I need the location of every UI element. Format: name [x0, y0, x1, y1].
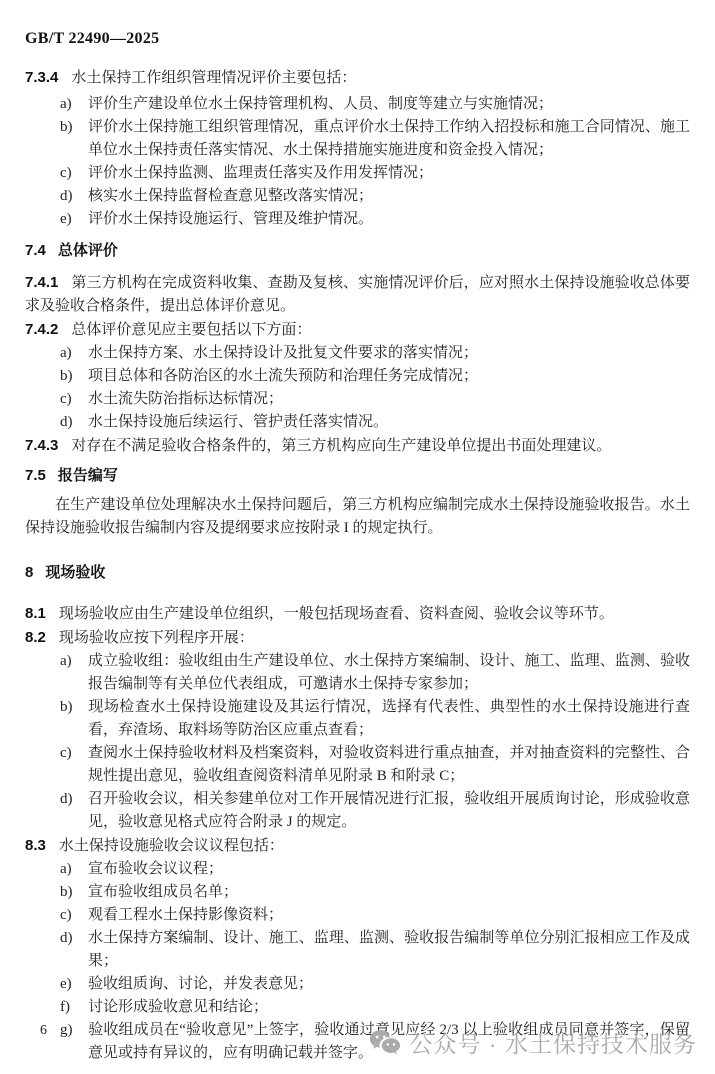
item-text: 现场检查水土保持设施建设及其运行情况，选择有代表性、典型性的水土保持设施进行查看…: [88, 699, 690, 738]
item-text: 评价水土保持监测、监理责任落实及作用发挥情况；: [88, 165, 433, 181]
clause-7-4-2: 7.4.2总体评价意见应主要包括以下方面：: [25, 318, 690, 342]
item-text: 评价水土保持设施运行、管理及维护情况。: [88, 211, 373, 227]
item-text: 核实水土保持监督检查意见整改落实情况；: [88, 188, 373, 204]
list-item: e)验收组质询、讨论，并发表意见；: [25, 973, 690, 996]
list-item: f)讨论形成验收意见和结论；: [25, 996, 690, 1019]
list-item: d)水土保持设施后续运行、管护责任落实情况。: [25, 411, 690, 434]
list-item: c)查阅水土保持验收材料及档案资料，对验收资料进行重点抽查，并对抽查资料的完整性…: [25, 742, 690, 788]
list-7-4-2: a)水土保持方案、水土保持设计及批复文件要求的落实情况； b)项目总体和各防治区…: [25, 342, 690, 434]
item-text: 讨论形成验收意见和结论；: [88, 999, 268, 1015]
list-item: b)宣布验收组成员名单；: [25, 881, 690, 904]
section-number: 7.4: [25, 242, 46, 259]
clause-number: 7.3.4: [25, 69, 58, 86]
list-8-2: a)成立验收组：验收组由生产建设单位、水土保持方案编制、设计、施工、监理、监测、…: [25, 650, 690, 834]
clause-7-3-4: 7.3.4水土保持工作组织管理情况评价主要包括：: [25, 66, 690, 90]
list-item: a)水土保持方案、水土保持设计及批复文件要求的落实情况；: [25, 342, 690, 365]
list-item: c)水土流失防治指标达标情况；: [25, 388, 690, 411]
item-text: 查阅水土保持验收材料及档案资料，对验收资料进行重点抽查，并对抽查资料的完整性、合…: [88, 745, 690, 784]
item-label: c): [60, 904, 88, 927]
item-label: b): [60, 696, 88, 719]
list-7-3-4: a)评价生产建设单位水土保持管理机构、人员、制度等建立与实施情况； b)评价水土…: [25, 93, 690, 231]
list-item: b)现场检查水土保持设施建设及其运行情况，选择有代表性、典型性的水土保持设施进行…: [25, 696, 690, 742]
list-item: b)评价水土保持施工组织管理情况，重点评价水土保持工作纳入招投标和施工合同情况、…: [25, 116, 690, 162]
item-label: b): [60, 116, 88, 139]
clause-text: 对存在不满足验收合格条件的，第三方机构应向生产建设单位提出书面处理建议。: [71, 438, 611, 454]
clause-7-4-1: 7.4.1第三方机构在完成资料收集、查勘及复核、实施情况评价后，应对照水土保持设…: [25, 271, 690, 318]
item-label: g): [60, 1019, 88, 1042]
list-item: d)召开验收会议，相关参建单位对工作开展情况进行汇报，验收组开展质询讨论，形成验…: [25, 788, 690, 834]
item-text: 宣布验收组成员名单；: [88, 884, 238, 900]
standard-number: GB/T 22490—2025: [25, 30, 690, 48]
watermark: 公众号 · 水土保持技术服务: [369, 1026, 697, 1059]
item-label: e): [60, 973, 88, 996]
clause-number: 7.4.3: [25, 437, 58, 454]
item-label: d): [60, 185, 88, 208]
item-label: a): [60, 858, 88, 881]
item-text: 水土保持设施后续运行、管护责任落实情况。: [88, 414, 388, 430]
clause-number: 8.2: [25, 629, 46, 646]
clause-8-2: 8.2现场验收应按下列程序开展：: [25, 626, 690, 650]
item-label: e): [60, 208, 88, 231]
clause-7-4-3: 7.4.3对存在不满足验收合格条件的，第三方机构应向生产建设单位提出书面处理建议…: [25, 434, 690, 458]
list-item: a)评价生产建设单位水土保持管理机构、人员、制度等建立与实施情况；: [25, 93, 690, 116]
item-text: 水土保持方案、水土保持设计及批复文件要求的落实情况；: [88, 345, 478, 361]
item-text: 项目总体和各防治区的水土流失预防和治理任务完成情况；: [88, 368, 478, 384]
paragraph-7-5: 在生产建设单位处理解决水土保持问题后，第三方机构应编制完成水土保持设施验收报告。…: [25, 494, 690, 540]
item-label: d): [60, 788, 88, 811]
section-number: 8: [25, 564, 33, 581]
clause-number: 8.1: [25, 605, 46, 622]
list-item: a)成立验收组：验收组由生产建设单位、水土保持方案编制、设计、施工、监理、监测、…: [25, 650, 690, 696]
clause-8-1: 8.1现场验收应由生产建设单位组织，一般包括现场查看、资料查阅、验收会议等环节。: [25, 602, 690, 626]
item-label: a): [60, 650, 88, 673]
item-label: a): [60, 342, 88, 365]
section-number: 7.5: [25, 467, 46, 484]
clause-number: 7.4.1: [25, 274, 58, 291]
item-text: 水土流失防治指标达标情况；: [88, 391, 283, 407]
section-heading-7-4: 7.4总体评价: [25, 239, 690, 262]
item-label: b): [60, 365, 88, 388]
clause-text: 现场验收应按下列程序开展：: [59, 630, 254, 646]
wechat-icon: [369, 1029, 401, 1056]
item-text: 召开验收会议，相关参建单位对工作开展情况进行汇报，验收组开展质询讨论，形成验收意…: [88, 791, 690, 830]
list-item: a)宣布验收会议议程；: [25, 858, 690, 881]
section-heading-8: 8现场验收: [25, 561, 690, 584]
list-item: b)项目总体和各防治区的水土流失预防和治理任务完成情况；: [25, 365, 690, 388]
document-page: GB/T 22490—2025 7.3.4水土保持工作组织管理情况评价主要包括：…: [0, 0, 715, 1065]
watermark-text: 公众号 · 水土保持技术服务: [410, 1026, 697, 1059]
section-title: 总体评价: [58, 242, 118, 259]
clause-number: 8.3: [25, 837, 46, 854]
item-text: 评价水土保持施工组织管理情况，重点评价水土保持工作纳入招投标和施工合同情况、施工…: [88, 119, 690, 158]
section-title: 现场验收: [45, 564, 105, 581]
clause-text: 水土保持设施验收会议议程包括：: [59, 838, 284, 854]
item-text: 观看工程水土保持影像资料；: [88, 907, 283, 923]
section-heading-7-5: 7.5报告编写: [25, 464, 690, 487]
list-item: d)水土保持方案编制、设计、施工、监理、监测、验收报告编制等单位分别汇报相应工作…: [25, 927, 690, 973]
clause-text: 现场验收应由生产建设单位组织，一般包括现场查看、资料查阅、验收会议等环节。: [59, 606, 614, 622]
item-label: c): [60, 742, 88, 765]
clause-text: 第三方机构在完成资料收集、查勘及复核、实施情况评价后，应对照水土保持设施验收总体…: [25, 275, 690, 314]
item-text: 验收组质询、讨论，并发表意见；: [88, 976, 313, 992]
item-label: c): [60, 162, 88, 185]
list-item: e)评价水土保持设施运行、管理及维护情况。: [25, 208, 690, 231]
item-text: 水土保持方案编制、设计、施工、监理、监测、验收报告编制等单位分别汇报相应工作及成…: [88, 930, 690, 969]
item-label: a): [60, 93, 88, 116]
item-label: f): [60, 996, 88, 1019]
item-text: 宣布验收会议议程；: [88, 861, 223, 877]
clause-8-3: 8.3水土保持设施验收会议议程包括：: [25, 834, 690, 858]
item-label: d): [60, 411, 88, 434]
item-label: c): [60, 388, 88, 411]
clause-number: 7.4.2: [25, 321, 58, 338]
list-item: c)观看工程水土保持影像资料；: [25, 904, 690, 927]
section-title: 报告编写: [58, 467, 118, 484]
page-number: 6: [40, 1022, 47, 1040]
item-text: 成立验收组：验收组由生产建设单位、水土保持方案编制、设计、施工、监理、监测、验收…: [88, 653, 690, 692]
clause-text: 水土保持工作组织管理情况评价主要包括：: [71, 70, 356, 86]
clause-text: 总体评价意见应主要包括以下方面：: [71, 322, 311, 338]
item-label: b): [60, 881, 88, 904]
item-label: d): [60, 927, 88, 950]
list-item: d)核实水土保持监督检查意见整改落实情况；: [25, 185, 690, 208]
item-text: 评价生产建设单位水土保持管理机构、人员、制度等建立与实施情况；: [88, 96, 553, 112]
list-item: c)评价水土保持监测、监理责任落实及作用发挥情况；: [25, 162, 690, 185]
